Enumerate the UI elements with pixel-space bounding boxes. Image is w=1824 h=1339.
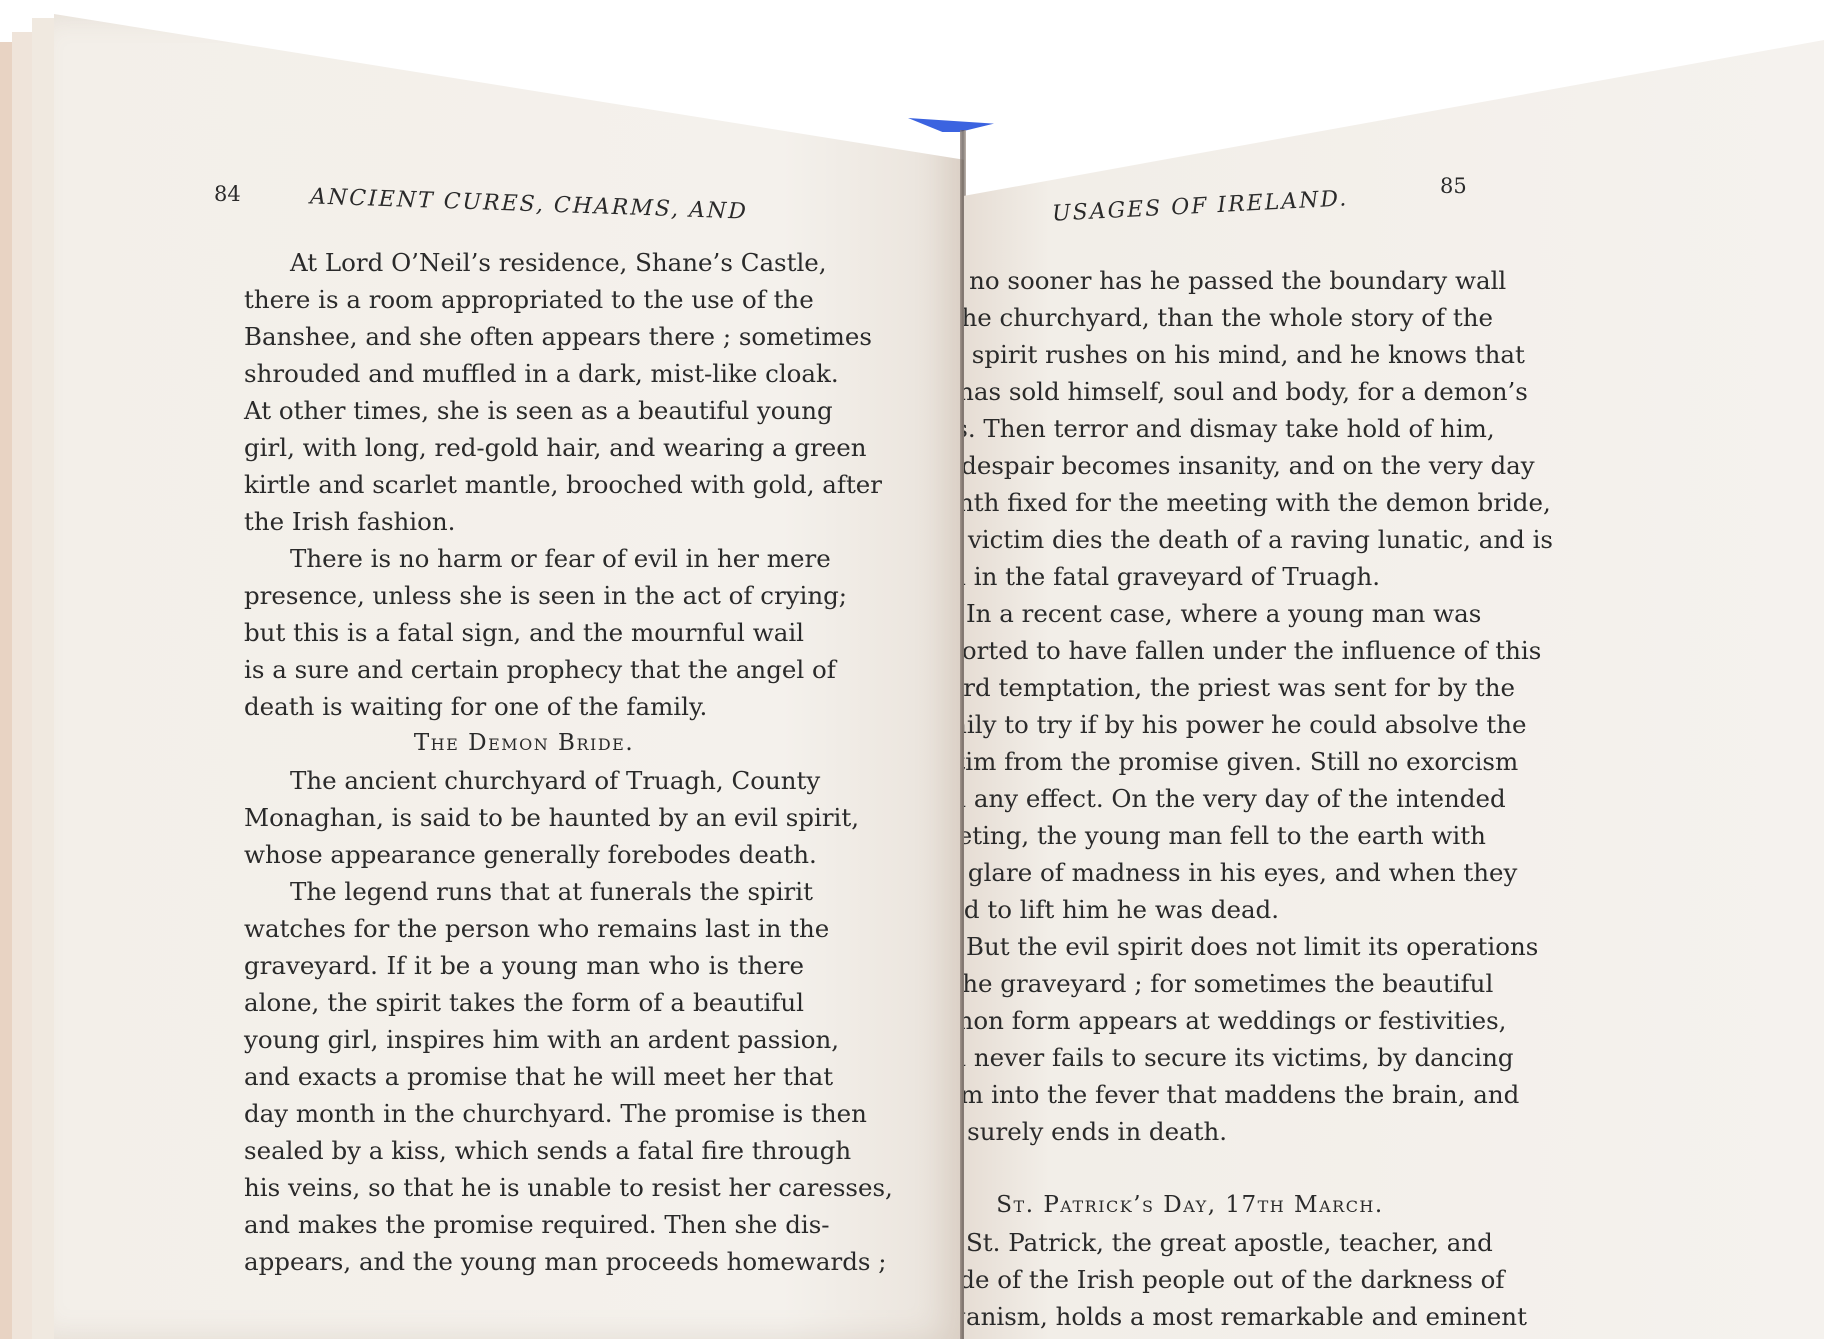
- text-line: too surely ends in death.: [920, 1113, 1460, 1150]
- running-head: USAGES OF IRELAND.: [1052, 186, 1349, 226]
- section-heading: St. Patrick’s Day, 17th March.: [920, 1187, 1460, 1224]
- text-line: death is waiting for one of the family.: [244, 688, 804, 725]
- text-line: till despair becomes insanity, and on th…: [920, 447, 1460, 484]
- text-line: meeting, the young man fell to the earth…: [920, 817, 1460, 854]
- page-number: 85: [1440, 174, 1467, 198]
- text-line: there is a room appropriated to the use …: [244, 281, 804, 318]
- text-line: watches for the person who remains last …: [244, 910, 804, 947]
- blue-cover-cloth: [908, 118, 994, 132]
- section-heading: The Demon Bride.: [244, 725, 804, 762]
- text-line: But the evil spirit does not limit its o…: [920, 928, 1460, 965]
- text-line: to the graveyard ; for sometimes the bea…: [920, 965, 1460, 1002]
- text-line: girl, with long, red-gold hair, and wear…: [244, 429, 804, 466]
- text-line: At other times, she is seen as a beautif…: [244, 392, 804, 429]
- text-line: of the churchyard, than the whole story …: [920, 299, 1460, 336]
- left-page: 84 ANCIENT CURES, CHARMS, AND At Lord O’…: [54, 14, 964, 1339]
- text-line: family to try if by his power he could a…: [920, 706, 1460, 743]
- text-line: and makes the promise required. Then she…: [244, 1206, 804, 1243]
- page-number: 84: [214, 182, 241, 206]
- text-line: There is no harm or fear of evil in her …: [244, 540, 804, 577]
- text-line: laid in the fatal graveyard of Truagh.: [920, 558, 1460, 595]
- text-line: young girl, inspires him with an ardent …: [244, 1021, 804, 1058]
- open-book: 84 ANCIENT CURES, CHARMS, AND At Lord O’…: [0, 0, 1824, 1339]
- text-line: shrouded and muffled in a dark, mist-lik…: [244, 355, 804, 392]
- text-line: victim from the promise given. Still no …: [920, 743, 1460, 780]
- text-line: demon form appears at weddings or festiv…: [920, 1002, 1460, 1039]
- text-line: is a sure and certain prophecy that the …: [244, 651, 804, 688]
- text-line: paganism, holds a most remarkable and em…: [920, 1298, 1460, 1335]
- text-line: month fixed for the meeting with the dem…: [920, 484, 1460, 521]
- text-line: day month in the churchyard. The promise…: [244, 1095, 804, 1132]
- text-line: reported to have fallen under the influe…: [920, 632, 1460, 669]
- right-page: USAGES OF IRELAND. 85 but no sooner has …: [964, 40, 1824, 1339]
- text-line: the victim dies the death of a raving lu…: [920, 521, 1460, 558]
- text-line: alone, the spirit takes the form of a be…: [244, 984, 804, 1021]
- text-line: Banshee, and she often appears there ; s…: [244, 318, 804, 355]
- text-line: the glare of madness in his eyes, and wh…: [920, 854, 1460, 891]
- text-line: and exacts a promise that he will meet h…: [244, 1058, 804, 1095]
- right-page-text: but no sooner has he passed the boundary…: [920, 262, 1460, 1335]
- text-line: The legend runs that at funerals the spi…: [244, 873, 804, 910]
- text-line: Monaghan, is said to be haunted by an ev…: [244, 799, 804, 836]
- text-line: the Irish fashion.: [244, 503, 804, 540]
- running-head: ANCIENT CURES, CHARMS, AND: [310, 184, 749, 224]
- text-line: but this is a fatal sign, and the mournf…: [244, 614, 804, 651]
- text-line: graveyard. If it be a young man who is t…: [244, 947, 804, 984]
- text-line: weird temptation, the priest was sent fo…: [920, 669, 1460, 706]
- text-line: The ancient churchyard of Truagh, County: [244, 762, 804, 799]
- text-line: kirtle and scarlet mantle, brooched with…: [244, 466, 804, 503]
- text-line: his veins, so that he is unable to resis…: [244, 1169, 804, 1206]
- text-line: and never fails to secure its victims, b…: [920, 1039, 1460, 1076]
- text-line: evil spirit rushes on his mind, and he k…: [920, 336, 1460, 373]
- text-line: kiss. Then terror and dismay take hold o…: [920, 410, 1460, 447]
- text-line: whose appearance generally forebodes dea…: [244, 836, 804, 873]
- text-line: In a recent case, where a young man was: [920, 595, 1460, 632]
- text-line: had any effect. On the very day of the i…: [920, 780, 1460, 817]
- text-line: appears, and the young man proceeds home…: [244, 1243, 804, 1280]
- text-line: them into the fever that maddens the bra…: [920, 1076, 1460, 1113]
- left-page-text: At Lord O’Neil’s residence, Shane’s Cast…: [244, 244, 804, 1280]
- text-line: St. Patrick, the great apostle, teacher,…: [920, 1224, 1460, 1261]
- text-line: tried to lift him he was dead.: [920, 891, 1460, 928]
- text-line: guide of the Irish people out of the dar…: [920, 1261, 1460, 1298]
- text-line: sealed by a kiss, which sends a fatal fi…: [244, 1132, 804, 1169]
- text-line: presence, unless she is seen in the act …: [244, 577, 804, 614]
- text-line: but no sooner has he passed the boundary…: [920, 262, 1460, 299]
- spacer: [920, 1150, 1460, 1187]
- text-line: At Lord O’Neil’s residence, Shane’s Cast…: [244, 244, 804, 281]
- text-line: he has sold himself, soul and body, for …: [920, 373, 1460, 410]
